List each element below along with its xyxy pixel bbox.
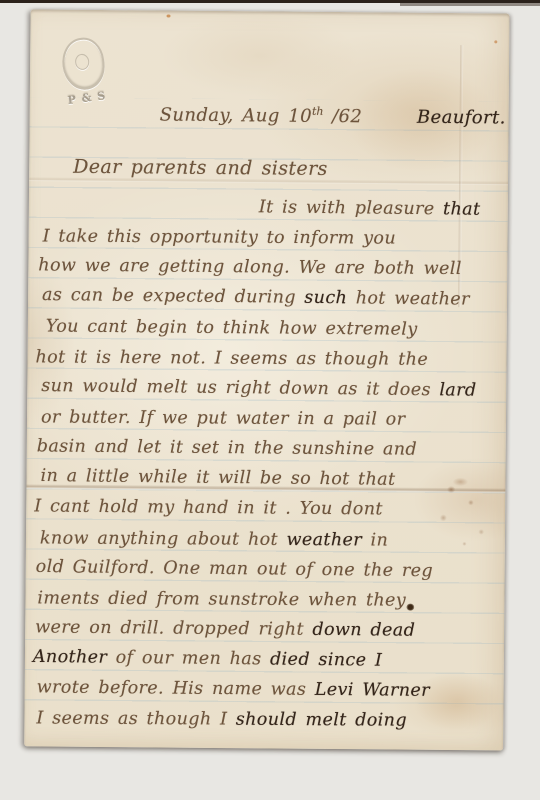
letter-line: It is with pleasure that — [37, 192, 506, 227]
letter-page: P & S Sunday, Aug 10th /62 Beaufort. S.C… — [24, 9, 509, 750]
letter-line: or butter. If we put water in a pail or — [35, 404, 504, 437]
letter-line: wrote before. His name was Levi Warner — [33, 675, 502, 709]
handwriting-segment: I seems as though I — [36, 709, 236, 730]
handwriting-segment: such — [304, 288, 347, 308]
letter-line: know anything about hot weather in — [34, 525, 503, 558]
handwriting-segment: weather — [286, 529, 362, 549]
scan-edge-shadow-right — [400, 3, 540, 6]
seal-monogram: P & S — [54, 87, 119, 108]
handwriting-segment: wrote before. His name was — [37, 678, 315, 700]
letter-line: hot it is here not. I seems as though th… — [35, 344, 504, 377]
letter-line: sun would melt us right down as it does … — [35, 373, 504, 408]
handwriting-segment: lard — [439, 380, 476, 400]
handwriting-segment: in — [362, 530, 388, 550]
handwriting-segment: sun would melt us right down as it does — [41, 376, 439, 400]
letter-line: iments died from sunstroke when they — [33, 585, 502, 618]
handwriting-segment: Levi Warner — [315, 680, 430, 701]
date-line: Sunday, Aug 10th /62 Beaufort. S.C. — [160, 103, 510, 128]
handwriting-segment: I take this opportunity to inform you — [43, 227, 397, 249]
handwriting-segment: I cant hold my hand in it . You dont — [34, 497, 383, 520]
handwriting-segment: iments died from sunstroke when they — [37, 588, 406, 610]
letter-line: were on drill. dropped right down dead — [33, 614, 502, 648]
handwriting-segment: know anything about hot — [40, 528, 287, 550]
handwriting-segment: It is with pleasure — [259, 197, 443, 219]
letter-line: as can be expected during such hot weath… — [36, 282, 505, 317]
handwriting-segment: died since I — [270, 650, 382, 671]
letter-line: basin and let it set in the sunshine and — [35, 434, 504, 468]
handwriting-segment: in a little while it will be so hot that — [40, 466, 395, 490]
date-main: Sunday, Aug 10 — [160, 104, 313, 126]
letter-line: I seems as though I should melt doing — [32, 706, 501, 739]
letter-line: in a little while it will be so hot that — [34, 463, 503, 498]
handwriting-segment: how we are getting along. We are both we… — [38, 256, 462, 280]
letter-line: I take this opportunity to inform you — [36, 224, 505, 257]
handwriting-segment: or butter. If we put water in a pail or — [41, 407, 406, 429]
place-text: Beaufort. S.C. — [417, 107, 510, 129]
handwriting-segment: You cant begin to think how extremely — [46, 316, 418, 339]
speck-top-right — [494, 40, 497, 43]
handwriting-segment: should melt doing — [236, 710, 407, 731]
date-text: Sunday, Aug 10th /62 — [160, 104, 363, 127]
date-ordinal: th — [312, 105, 324, 118]
salutation: Dear parents and sisters — [73, 156, 328, 180]
handwriting-segment: as can be expected during — [42, 285, 304, 308]
handwriting-segment: old Guilford. One man out of one the reg — [36, 557, 433, 581]
handwriting-segment: hot weather — [347, 289, 470, 310]
letter-line: Another of our men has died since I — [33, 644, 502, 679]
handwriting-segment: down dead — [312, 620, 415, 641]
handwriting-segment: hot it is here not. I seems as though th… — [35, 347, 428, 369]
date-year: /62 — [323, 106, 362, 127]
seal-crest-icon — [59, 35, 107, 92]
letter-line: old Guilford. One man out of one the reg — [34, 554, 503, 589]
letter-body: It is with pleasure thatI take this oppo… — [32, 192, 506, 739]
speck-top-left — [167, 15, 171, 18]
embossed-stationery-seal: P & S — [47, 34, 120, 118]
handwriting-segment: Another — [33, 647, 107, 668]
letter-line: I cant hold my hand in it . You dont — [34, 494, 503, 528]
letter-line: You cant begin to think how extremely — [36, 313, 505, 347]
handwriting-segment: that — [443, 199, 481, 219]
handwriting-segment: were on drill. dropped right — [35, 617, 312, 639]
handwriting-segment: basin and let it set in the sunshine and — [37, 437, 417, 460]
handwriting-segment: of our men has — [107, 648, 270, 670]
